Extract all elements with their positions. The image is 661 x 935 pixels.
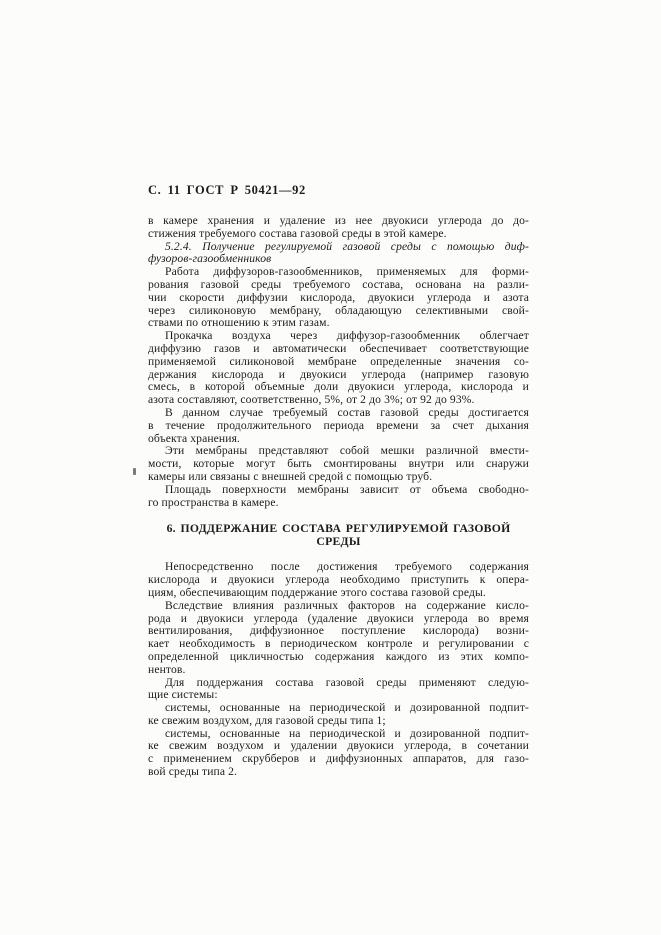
text-line: диффузию газов и автоматически обеспечив… — [148, 343, 529, 356]
paragraph: системы, основанные на периодической и д… — [148, 728, 529, 779]
text-line: Непосредственно после достижения требуем… — [148, 561, 529, 574]
text-line: с применением скрубберов и диффузионных … — [148, 753, 529, 766]
section-heading: 6. ПОДДЕРЖАНИЕ СОСТАВА РЕГУЛИРУЕМОЙ ГАЗО… — [148, 522, 529, 548]
text-line: кает необходимость в периодическом контр… — [148, 638, 529, 651]
text-line: 5.2.4. Получение регулируемой газовой ср… — [148, 241, 529, 254]
scan-artifact-speck — [133, 468, 136, 475]
paragraph: Эти мембраны представляют собой мешки ра… — [148, 445, 529, 483]
paragraph: системы, основанные на периодической и д… — [148, 702, 529, 728]
text-line: камеры или связаны с внешней средой с по… — [148, 471, 529, 484]
text-line: Работа диффузоров-газообменников, примен… — [148, 266, 529, 279]
text-line: ке свежим воздухом и удалении двуокиси у… — [148, 740, 529, 753]
text-line: системы, основанные на периодической и д… — [148, 702, 529, 715]
text-line: фузоров-газообменников — [148, 253, 529, 266]
document-page: С. 11 ГОСТ Р 50421—92 в камере хранения … — [0, 0, 661, 935]
running-header: С. 11 ГОСТ Р 50421—92 — [148, 184, 529, 197]
paragraph: в камере хранения и удаление из нее двуо… — [148, 215, 529, 241]
text-line: го пространства в камере. — [148, 497, 529, 510]
text-line: применяемой силиконовой мембране определ… — [148, 356, 529, 369]
text-line: чии скорости диффузии кислорода, двуокис… — [148, 292, 529, 305]
text-line: Вследствие влияния различных факторов на… — [148, 600, 529, 613]
document-body: в камере хранения и удаление из нее двуо… — [148, 215, 529, 779]
text-line: Прокачка воздуха через диффузор-газообме… — [148, 330, 529, 343]
text-line: нентов. — [148, 664, 529, 677]
text-line: ствами по отношению к этим газам. — [148, 317, 529, 330]
text-line: объекта хранения. — [148, 433, 529, 446]
text-line: рода и двуокиси углерода (удаление двуок… — [148, 613, 529, 626]
text-line: щие системы: — [148, 689, 529, 702]
paragraph: Непосредственно после достижения требуем… — [148, 561, 529, 599]
text-line: азота составляют, соответственно, 5%, от… — [148, 394, 529, 407]
paragraph: Прокачка воздуха через диффузор-газообме… — [148, 330, 529, 407]
text-line: Для поддержания состава газовой среды пр… — [148, 677, 529, 690]
text-line: держания кислорода и двуокиси углерода (… — [148, 369, 529, 382]
text-line: Эти мембраны представляют собой мешки ра… — [148, 445, 529, 458]
text-line: вой среды типа 2. — [148, 766, 529, 779]
text-line: системы, основанные на периодической и д… — [148, 728, 529, 741]
text-line: стижения требуемого состава газовой сред… — [148, 228, 529, 241]
text-line: циям, обеспечивающим поддержание этого с… — [148, 587, 529, 600]
text-line: Площадь поверхности мембраны зависит от … — [148, 484, 529, 497]
text-line: через силиконовую мембрану, обладающую с… — [148, 305, 529, 318]
text-line: мости, которые могут быть смонтированы в… — [148, 458, 529, 471]
text-line: вентилирования, диффузионное поступление… — [148, 625, 529, 638]
text-line: В данном случае требуемый состав газовой… — [148, 407, 529, 420]
text-line: кислорода и двуокиси углерода необходимо… — [148, 574, 529, 587]
paragraph: В данном случае требуемый состав газовой… — [148, 407, 529, 445]
text-line: в течение продолжительного периода време… — [148, 420, 529, 433]
subsection-heading: 5.2.4. Получение регулируемой газовой ср… — [148, 241, 529, 267]
text-line: смесь, в которой объемные доли двуокиси … — [148, 381, 529, 394]
text-line: рования газовой среды требуемого состава… — [148, 279, 529, 292]
paragraph: Вследствие влияния различных факторов на… — [148, 600, 529, 677]
paragraph: Для поддержания состава газовой среды пр… — [148, 677, 529, 703]
paragraph: Работа диффузоров-газообменников, примен… — [148, 266, 529, 330]
text-line: определенной цикличностью содержания каж… — [148, 651, 529, 664]
text-line: в камере хранения и удаление из нее двуо… — [148, 215, 529, 228]
page-content: С. 11 ГОСТ Р 50421—92 в камере хранения … — [148, 184, 529, 779]
paragraph: Площадь поверхности мембраны зависит от … — [148, 484, 529, 510]
text-line: ке свежим воздухом, для газовой среды ти… — [148, 715, 529, 728]
